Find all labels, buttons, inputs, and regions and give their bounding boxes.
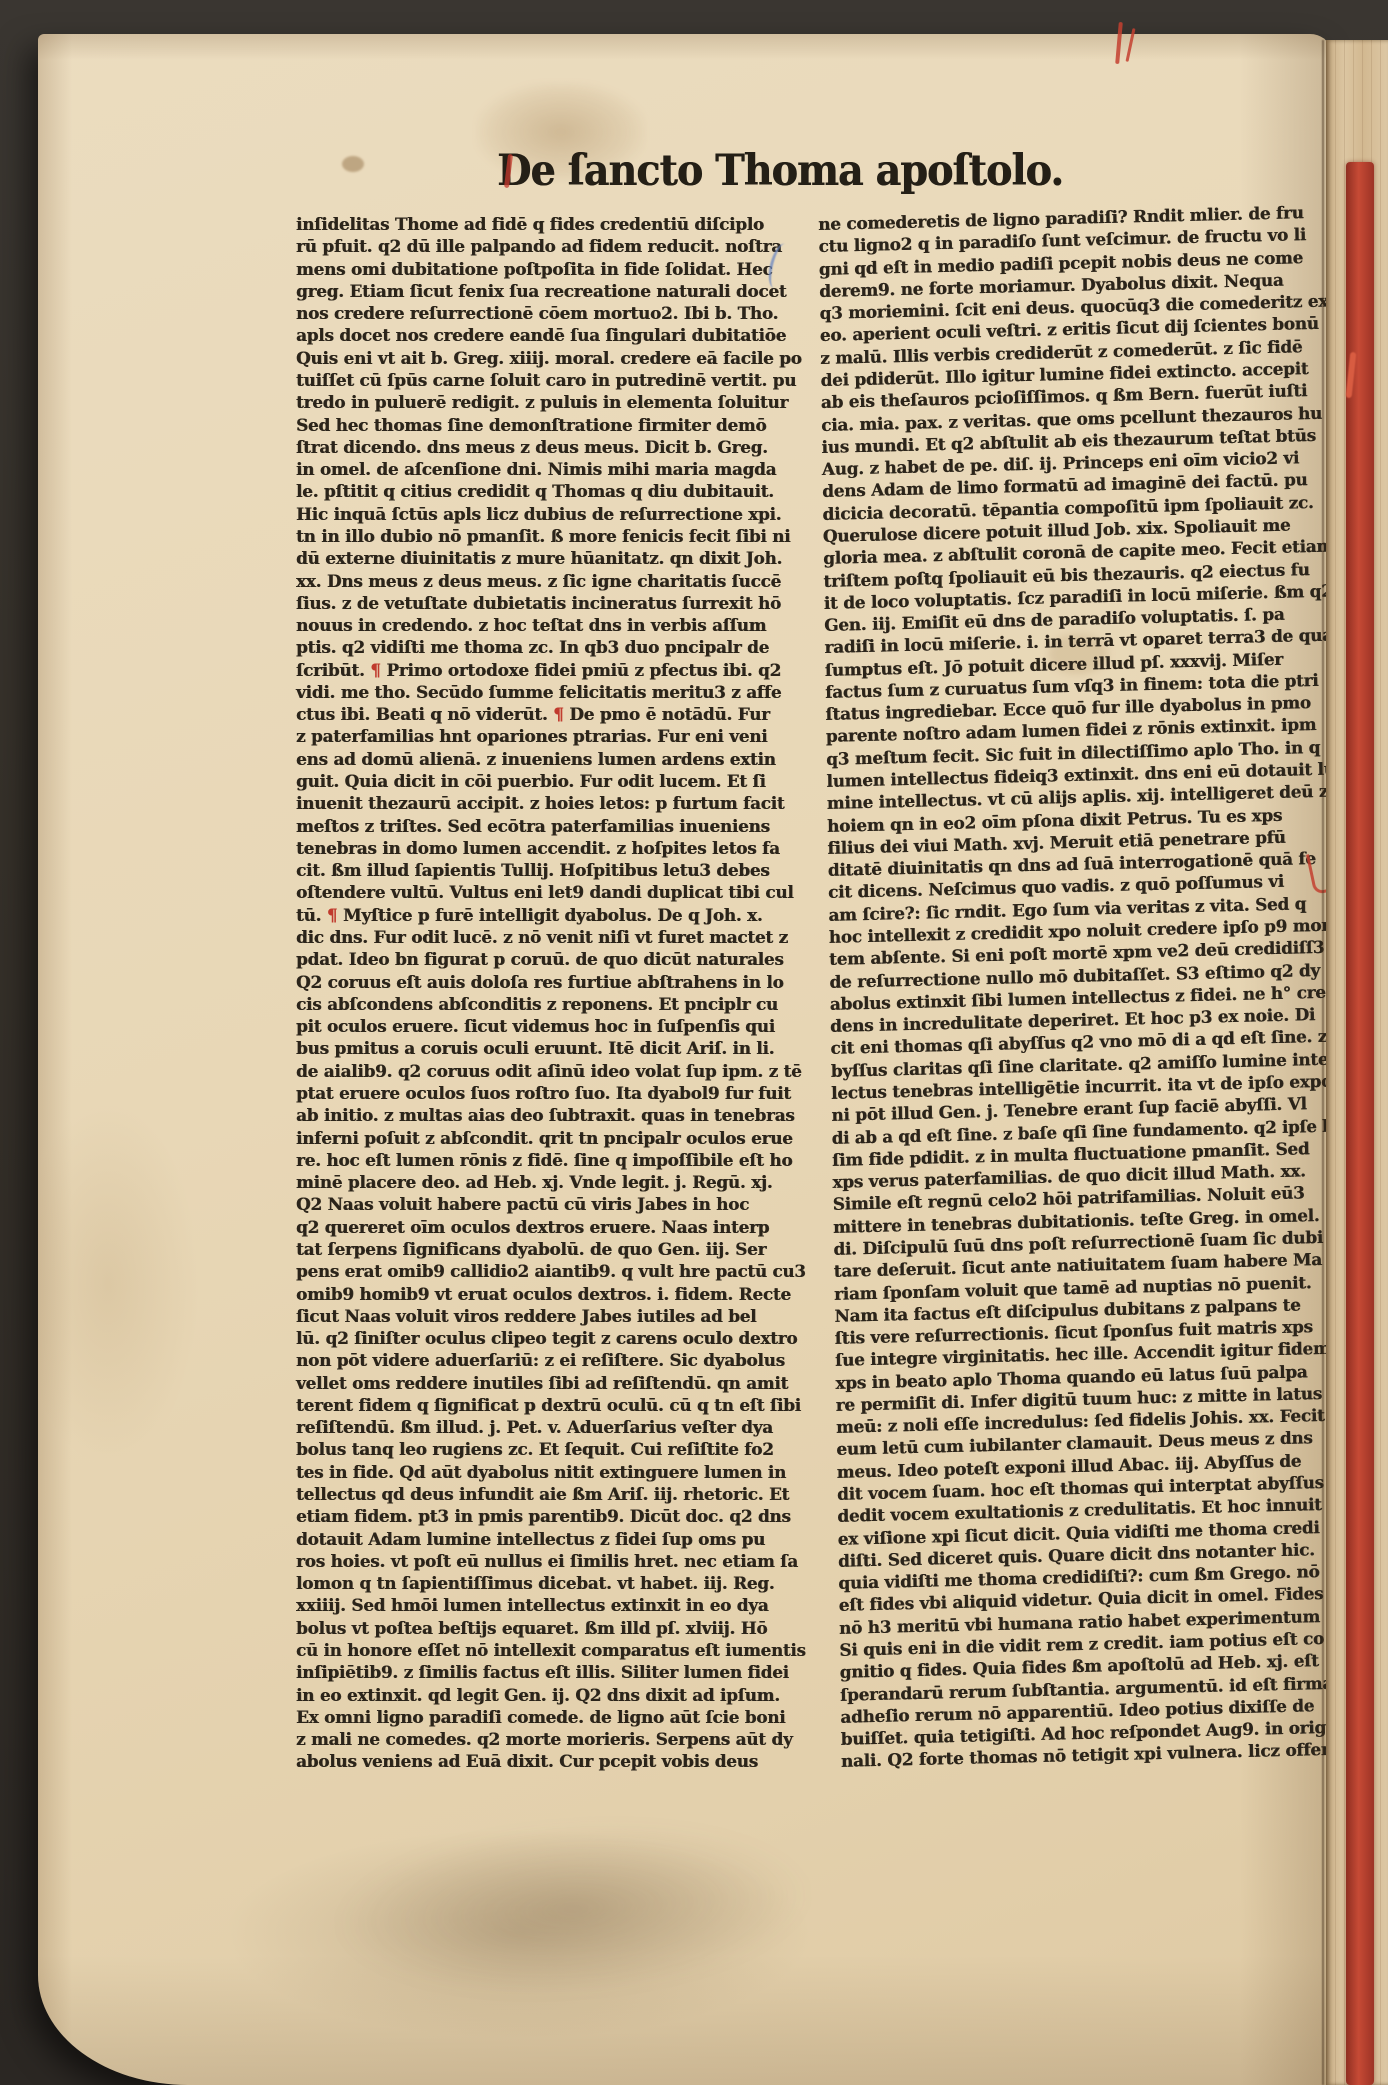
text-line: ſtrat dicendo. dns meus z deus meus. Dic… bbox=[296, 436, 806, 458]
text-line: tn in illo dubio nō pmanſit. ß more feni… bbox=[296, 525, 806, 547]
text-line: abolus veniens ad Euā dixit. Cur pcepit … bbox=[296, 1750, 806, 1772]
text-line: tenebras in domo lumen accendit. z hoſpi… bbox=[296, 837, 806, 859]
text-line: Q2 coruus eſt auis doloſa res furtiue ab… bbox=[296, 971, 806, 993]
text-line: Quis eni vt ait b. Greg. xiiij. moral. c… bbox=[296, 347, 806, 369]
text-line: tuiſſet cū ſpūs carne ſoluit caro in put… bbox=[296, 369, 806, 391]
book-page: De ſancto Thoma apoſtolo. inſidelitas Th… bbox=[38, 34, 1330, 2085]
text-line: Sed hec thomas ſine demonſtratione firmi… bbox=[296, 414, 806, 436]
text-line: bolus vt poſtea beſtijs equaret. ßm illd… bbox=[296, 1617, 806, 1639]
text-line: ſius. z de vetuſtate dubietatis incinera… bbox=[296, 592, 806, 614]
text-line: cū in honore eſſet nō intellexit compara… bbox=[296, 1639, 802, 1661]
text-line: pit oculos eruere. ſicut videmus hoc in … bbox=[296, 1015, 806, 1037]
text-line: mens omi dubitatione poſtpoſita in fide … bbox=[296, 258, 806, 280]
text-line: terent fidem q ſignificat p dextrū oculū… bbox=[296, 1394, 806, 1416]
text-line: xxiiij. Sed hmōi lumen intellectus extin… bbox=[296, 1594, 806, 1616]
text-line: in omel. de aſcenſione dni. Nimis mihi m… bbox=[296, 458, 806, 480]
text-line: le. pſtitit q citius credidit q Thomas q… bbox=[296, 480, 806, 502]
text-line: Hic inquā ſctūs apls licz dubius de reſu… bbox=[296, 503, 806, 525]
text-line: vidi. me tho. Secūdo ſumme felicitatis m… bbox=[296, 681, 806, 703]
text-line: cit. ßm illud ſapientis Tullij. Hoſpitib… bbox=[296, 859, 806, 881]
text-line: xx. Dns meus z deus meus. z ſic igne cha… bbox=[296, 570, 806, 592]
text-line: dū externe diuinitatis z mure hūanitatz.… bbox=[296, 547, 806, 569]
text-line: tredo in puluerē redigit. z puluis in el… bbox=[296, 391, 806, 413]
text-line: re. hoc eſt lumen rōnis z fidē. ſine q i… bbox=[296, 1149, 806, 1171]
page-edge-crease bbox=[1322, 40, 1324, 2085]
text-line: cis abſcondens abſconditis z reponens. E… bbox=[296, 993, 806, 1015]
text-line: ctus ibi. Beati q nō viderūt. ¶ De pmo ē… bbox=[296, 703, 806, 725]
text-line: tat ſerpens ſignificans dyabolū. de quo … bbox=[296, 1238, 806, 1260]
text-line: reſiſtendū. ßm illud. j. Pet. v. Aduerſa… bbox=[296, 1416, 806, 1438]
text-line: guit. Quia dicit in cōi puerbio. Fur odi… bbox=[296, 770, 806, 792]
photo-background: De ſancto Thoma apoſtolo. inſidelitas Th… bbox=[0, 0, 1388, 2085]
text-line: Q2 Naas voluit habere pactū cū viris Jab… bbox=[296, 1193, 806, 1215]
parchment-stain bbox=[342, 156, 364, 172]
text-line: bus pmitus a coruis oculi eruunt. Itē di… bbox=[296, 1037, 806, 1059]
text-line: inſidelitas Thome ad fidē q fides creden… bbox=[296, 213, 806, 235]
text-line: apls docet nos credere eandē ſua ſingula… bbox=[296, 324, 806, 346]
text-line: pens erat omib9 callidio2 aiantib9. q vu… bbox=[296, 1260, 802, 1282]
text-line: greg. Etiam ſicut fenix ſua recreatione … bbox=[296, 280, 806, 302]
text-line: minē placere deo. ad Heb. xj. Vnde legit… bbox=[296, 1171, 806, 1193]
text-column-left: inſidelitas Thome ad fidē q fides creden… bbox=[296, 213, 806, 1773]
text-line: lū. q2 ſiniſter oculus clipeo tegit z ca… bbox=[296, 1327, 806, 1349]
text-line: ptis. q2 vidiſti me thoma zc. In qb3 duo… bbox=[296, 636, 806, 658]
text-line: tū. ¶ Myſtice p furē intelligit dyabolus… bbox=[296, 904, 806, 926]
text-line: ptat eruere oculos ſuos roſtro ſuo. Ita … bbox=[296, 1082, 806, 1104]
text-line: dotauit Adam lumine intellectus z fidei … bbox=[296, 1528, 806, 1550]
text-line: etiam fidem. pt3 in pmis parentib9. Dicū… bbox=[296, 1505, 806, 1527]
text-line: ens ad domū alienā. z inueniens lumen ar… bbox=[296, 748, 806, 770]
text-line: lomon q tn ſapientiſſimus dicebat. vt ha… bbox=[296, 1572, 806, 1594]
text-line: inſipiētib9. z ſimilis factus eſt illis.… bbox=[296, 1661, 806, 1683]
text-line: bolus tanq leo rugiens zc. Et ſequit. Cu… bbox=[296, 1438, 806, 1460]
text-line: nos credere reſurrectionē cōem mortuo2. … bbox=[296, 302, 806, 324]
text-column-right: ne comederetis de ligno paradiſi? Rndit … bbox=[818, 200, 1353, 1772]
text-line: ab initio. z multas aias deo ſubtraxit. … bbox=[296, 1104, 806, 1126]
text-line: inuenit thezaurū accipit. z hoies letos:… bbox=[296, 792, 806, 814]
text-line: Ex omni ligno paradiſi comede. de ligno … bbox=[296, 1706, 806, 1728]
text-line: in eo extinxit. qd legit Gen. ij. Q2 dns… bbox=[296, 1684, 806, 1706]
text-line: de aialib9. q2 coruus odit aſinū ideo vo… bbox=[296, 1060, 806, 1082]
text-line: ſcribūt. ¶ Primo ortodoxe fidei pmiū z p… bbox=[296, 659, 806, 681]
text-line: z paterfamilias hnt opariones ptrarias. … bbox=[296, 725, 806, 747]
text-line: omib9 homib9 vt eruat oculos dextros. i.… bbox=[296, 1283, 806, 1305]
text-line: meſtos z triſtes. Sed ecōtra paterfamili… bbox=[296, 815, 806, 837]
text-line: oſtendere vultū. Vultus eni let9 dandi d… bbox=[296, 881, 806, 903]
red-stained-edge bbox=[1346, 162, 1374, 2085]
red-corner-tick bbox=[1125, 28, 1135, 62]
text-line: vellet oms reddere inutiles ſibi ad reſi… bbox=[296, 1372, 806, 1394]
text-line: non pōt videre aduerſariū: z ei reſiſter… bbox=[296, 1349, 806, 1371]
text-line: z mali ne comedes. q2 morte morieris. Se… bbox=[296, 1728, 806, 1750]
text-line: dic dns. Fur odit lucē. z nō venit niſi … bbox=[296, 926, 806, 948]
red-corner-tick bbox=[1115, 22, 1123, 64]
text-line: ros hoies. vt poſt eū nullus ei ſimilis … bbox=[296, 1550, 806, 1572]
text-line: pdat. Ideo bn figurat p coruū. de quo di… bbox=[296, 948, 806, 970]
text-line: nouus in credendo. z hoc teſtat dns in v… bbox=[296, 614, 806, 636]
text-line: tes in fide. Qd aūt dyabolus nitit extin… bbox=[296, 1461, 806, 1483]
text-line: tellectus qd deus infundit aie ßm Ariſ. … bbox=[296, 1483, 806, 1505]
running-title: De ſancto Thoma apoſtolo. bbox=[497, 146, 1063, 196]
parchment-stain bbox=[333, 1808, 814, 2010]
text-line: inferni poſuit z abſcondit. qrit tn pnci… bbox=[296, 1127, 806, 1149]
text-line: rū pfuit. q2 dū ille palpando ad fidem r… bbox=[296, 235, 806, 257]
text-line: ſicut Naas voluit viros reddere Jabes iu… bbox=[296, 1305, 806, 1327]
text-line: q2 quereret oīm oculos dextros eruere. N… bbox=[296, 1216, 806, 1238]
